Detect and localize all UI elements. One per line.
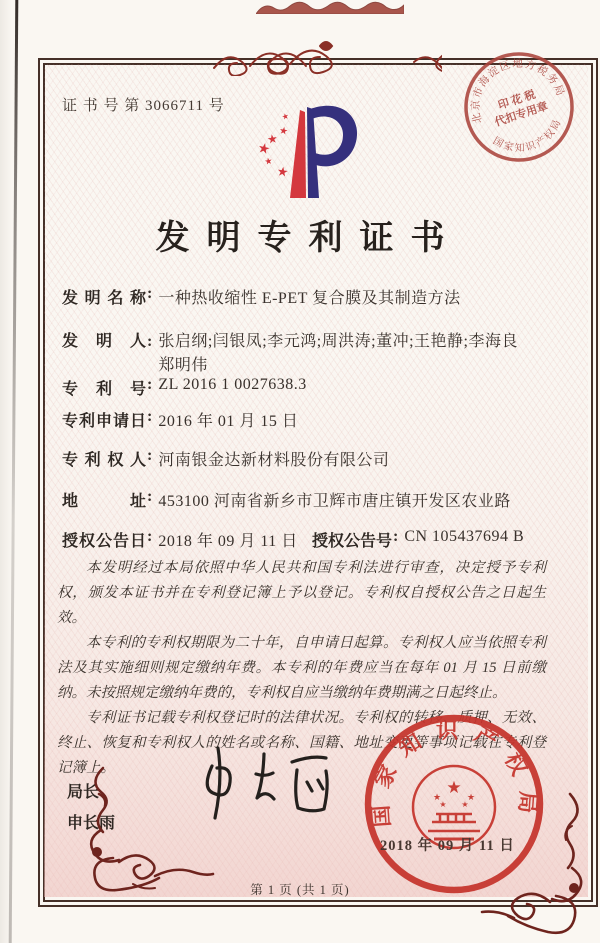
svg-text:★: ★: [256, 140, 272, 158]
svg-text:★: ★: [439, 800, 446, 809]
field-colon: :: [147, 376, 152, 394]
svg-text:★: ★: [278, 125, 289, 137]
certificate-title: 发明专利证书: [0, 210, 600, 259]
field-label: 发明人: [62, 330, 146, 354]
field-invention-name: 发明名称: 一种热收缩性 E-PET 复合膜及其制造方法: [62, 285, 548, 308]
svg-text:★: ★: [276, 164, 290, 180]
field-value: 2018 年 09 月 11 日: [158, 528, 297, 551]
field-filing-date: 专利申请日: 2016 年 01 月 15 日: [62, 408, 298, 431]
field-colon: :: [147, 408, 152, 426]
field-colon: :: [393, 528, 398, 546]
field-value: 张启纲;闫银凤;李元鸿;周洪涛;董冲;王艳静;李海良 郑明伟: [158, 330, 518, 378]
field-colon: :: [147, 285, 152, 303]
field-grant-date: 授权公告日: 2018 年 09 月 11 日: [62, 528, 298, 551]
svg-text:★: ★: [446, 778, 461, 798]
field-value: ZL 2016 1 0027638.3: [158, 376, 306, 394]
field-colon: :: [147, 447, 152, 465]
patent-certificate-page: 证 书 号 第 3066711 号 ★ ★ ★ ★ ★ ★ 发明专利证书 发明名…: [0, 0, 600, 943]
logo-stars-icon: ★ ★ ★ ★ ★ ★: [256, 111, 290, 180]
top-border-ornament-band: [210, 38, 442, 76]
bottom-left-corner-ornament: [55, 766, 215, 896]
field-patentee: 专利权人: 河南银金达新材料股份有限公司: [62, 447, 389, 470]
field-label: 专利权人: [62, 447, 146, 470]
legal-paragraph: 本专利的专利权期限为二十年，自申请日起算。专利权人应当依照专利法及其实施细则规定…: [57, 631, 546, 706]
legal-paragraph: 本发明经过本局依照中华人民共和国专利法进行审查，决定授予专利权，颁发本证书并在专…: [57, 556, 546, 631]
top-border-ornament-fragment: [256, 0, 404, 14]
field-value: 一种热收缩性 E-PET 复合膜及其制造方法: [158, 285, 460, 308]
certificate-number: 证 书 号 第 3066711 号: [62, 94, 225, 115]
field-inventors: 发明人: 张启纲;闫银凤;李元鸿;周洪涛;董冲;王艳静;李海良 郑明伟: [62, 330, 548, 378]
seal-date: 2018 年 09 月 11 日: [380, 834, 515, 855]
svg-text:★: ★: [461, 800, 468, 809]
svg-text:★: ★: [264, 156, 274, 167]
field-grant-number: 授权公告号: CN 105437694 B: [312, 528, 524, 551]
field-label: 授权公告日: [62, 528, 146, 551]
field-label: 专利号: [62, 376, 146, 399]
field-colon: :: [147, 488, 152, 506]
field-label: 地址: [62, 488, 146, 511]
field-address: 地址: 453100 河南省新乡市卫辉市唐庄镇开发区农业路: [62, 488, 562, 511]
cnipa-patent-logo: ★ ★ ★ ★ ★ ★: [236, 101, 366, 203]
field-label: 专利申请日: [62, 408, 146, 431]
logo-p-mark-icon: [290, 106, 357, 198]
field-value: CN 105437694 B: [404, 528, 524, 546]
field-label: 发明名称: [62, 285, 146, 308]
bottom-right-corner-ornament: [478, 792, 598, 940]
field-colon: :: [147, 330, 152, 354]
field-label: 授权公告号: [312, 528, 392, 551]
svg-text:★: ★: [281, 111, 290, 121]
field-value: 453100 河南省新乡市卫辉市唐庄镇开发区农业路: [158, 488, 511, 511]
field-patent-number: 专利号: ZL 2016 1 0027638.3: [62, 376, 307, 399]
field-value: 2016 年 01 月 15 日: [158, 408, 298, 431]
field-value: 河南银金达新材料股份有限公司: [158, 447, 389, 470]
field-colon: :: [147, 528, 152, 546]
